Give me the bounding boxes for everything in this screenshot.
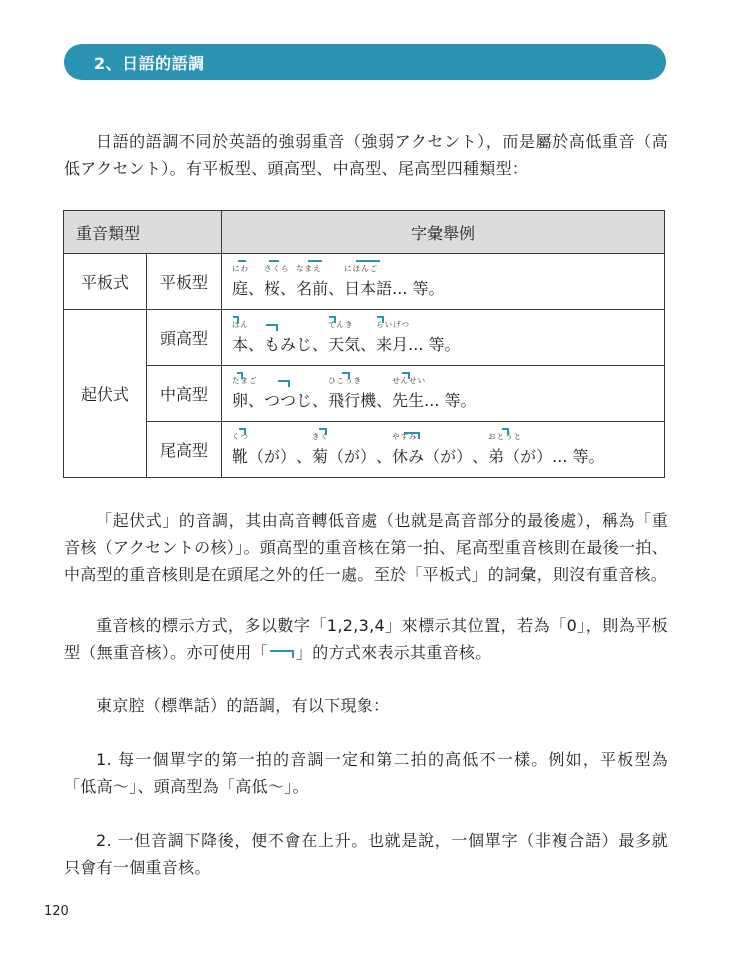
example-word: ほん本 — [232, 332, 248, 355]
accent-nucleus-paragraph: 「起伏式」的音調，其由高音轉低音處（也就是高音部分的最後處），稱為「重音核（アク… — [64, 507, 668, 588]
table-row: 尾高型 くつ靴（が）、 きく菊（が）、 やすみ休み（が）、 おとうと弟（が） .… — [64, 422, 665, 478]
accent-mark-icon — [270, 650, 294, 658]
header-examples: 字彙舉例 — [222, 211, 665, 254]
example-word: せんせい先生 — [392, 388, 424, 411]
example-word: もみじ — [264, 332, 312, 355]
category-cell: 起伏式 — [64, 310, 147, 478]
subtype-cell: 尾高型 — [147, 422, 222, 478]
examples-cell: ほん本、 もみじ、 てんき天気、 らいげつ来月 ... 等。 — [222, 310, 665, 366]
examples-suffix: ... 等。 — [408, 332, 460, 355]
example-word: ひこうき飛行機 — [328, 388, 376, 411]
example-word: くつ靴（が） — [232, 444, 296, 467]
page-number: 120 — [44, 904, 69, 919]
notation-paragraph: 重音核的標示方式，多以數字「1,2,3,4」來標示其位置，若為「0」，則為平板型… — [64, 612, 668, 666]
rule-2-paragraph: 2. 一但音調下降後，便不會在上升。也就是說，一個單字（非複合語）最多就只會有一… — [64, 827, 668, 881]
example-word: たまご卵 — [232, 388, 248, 411]
example-word: にわ庭 — [232, 276, 248, 299]
section-banner: 2、日語的語調 — [64, 44, 666, 80]
subtype-cell: 頭高型 — [147, 310, 222, 366]
accent-type-table: 重音類型 字彙舉例 平板式 平板型 にわ庭、 さくら桜、 なまえ名前、 にほんご… — [63, 210, 665, 478]
example-word: つつじ — [264, 388, 312, 411]
example-word: さくら桜 — [264, 276, 280, 299]
example-word: てんき天気 — [328, 332, 360, 355]
table-row: 中高型 たまご卵、 つつじ、 ひこうき飛行機、 せんせい先生 ... 等。 — [64, 366, 665, 422]
rule-1-paragraph: 1. 每一個單字的第一拍的音調一定和第二拍的高低不一樣。例如，平板型為「低高～」… — [64, 746, 668, 800]
example-word: らいげつ来月 — [376, 332, 408, 355]
table-row: 平板式 平板型 にわ庭、 さくら桜、 なまえ名前、 にほんご日本語 ... 等。 — [64, 254, 665, 310]
example-word: なまえ名前 — [296, 276, 328, 299]
table-row: 起伏式 頭高型 ほん本、 もみじ、 てんき天気、 らいげつ来月 ... 等。 — [64, 310, 665, 366]
intro-paragraph: 日語的語調不同於英語的強弱重音（強弱アクセント），而是屬於高低重音（高低アクセン… — [64, 128, 668, 182]
examples-suffix: ... 等。 — [392, 276, 444, 299]
category-cell: 平板式 — [64, 254, 147, 310]
examples-cell: にわ庭、 さくら桜、 なまえ名前、 にほんご日本語 ... 等。 — [222, 254, 665, 310]
examples-cell: くつ靴（が）、 きく菊（が）、 やすみ休み（が）、 おとうと弟（が） ... 等… — [222, 422, 665, 478]
example-word: やすみ休み（が） — [392, 444, 472, 467]
tokyo-dialect-paragraph: 東京腔（標準話）的語調，有以下現象： — [64, 692, 668, 719]
examples-cell: たまご卵、 つつじ、 ひこうき飛行機、 せんせい先生 ... 等。 — [222, 366, 665, 422]
header-accent-type: 重音類型 — [64, 211, 222, 254]
examples-suffix: ... 等。 — [424, 388, 476, 411]
example-word: きく菊（が） — [312, 444, 376, 467]
example-word: にほんご日本語 — [344, 276, 392, 299]
subtype-cell: 平板型 — [147, 254, 222, 310]
section-title: 2、日語的語調 — [94, 51, 205, 74]
example-word: おとうと弟（が） — [488, 444, 552, 467]
subtype-cell: 中高型 — [147, 366, 222, 422]
examples-suffix: ... 等。 — [552, 444, 604, 467]
